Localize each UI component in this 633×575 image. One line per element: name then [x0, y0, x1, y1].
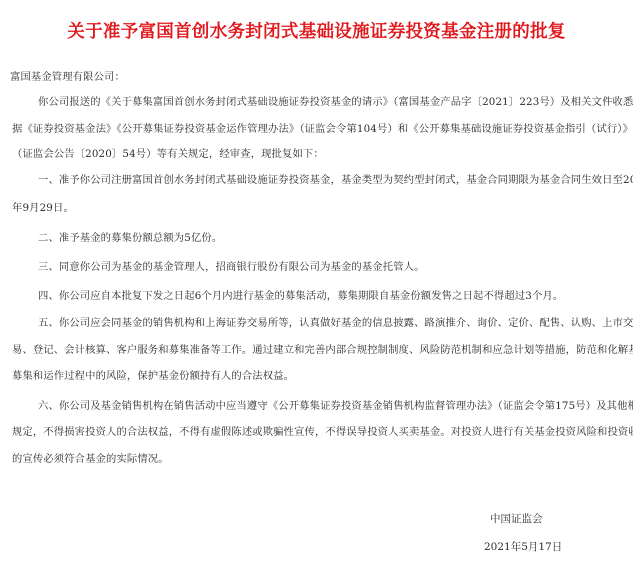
paragraph-line: 二、准予基金的募集份额总额为5亿份。: [38, 231, 222, 245]
paragraph-line: 六、你公司及基金销售机构在销售活动中应当遵守《公开募集证券投资基金销售机构监督管…: [38, 399, 633, 413]
paragraph-line: 一、准予你公司注册富国首创水务封闭式基础设施证券投资基金，基金类型为契约型封闭式…: [38, 173, 633, 187]
issue-date: 2021年5月17日: [484, 539, 562, 554]
paragraph-line: 规定，不得损害投资人的合法权益，不得有虚假陈述或欺骗性宣传，不得误导投资人买卖基…: [12, 425, 633, 439]
addressee: 富国基金管理有限公司：: [10, 70, 125, 84]
paragraph-line: 五、你公司应会同基金的销售机构和上海证券交易所等，认真做好基金的信息披露、路演推…: [38, 316, 633, 330]
paragraph-line: 的宣传必须符合基金的实际情况。: [12, 452, 169, 466]
paragraph-line: 据《证券投资基金法》《公开募集证券投资基金运作管理办法》（证监会令第104号）和…: [12, 122, 633, 136]
document-title: 关于准予富国首创水务封闭式基础设施证券投资基金注册的批复: [0, 18, 633, 43]
paragraph-line: 四、你公司应自本批复下发之日起6个月内进行基金的募集活动，募集期限自基金份额发售…: [38, 289, 563, 303]
issuer-name: 中国证监会: [490, 511, 543, 526]
paragraph-line: 募集和运作过程中的风险，保护基金份额持有人的合法权益。: [12, 369, 294, 383]
paragraph-line: 你公司报送的《关于募集富国首创水务封闭式基础设施证券投资基金的请示》（富国基金产…: [38, 95, 633, 109]
paragraph-line: 年9月29日。: [12, 201, 74, 215]
paragraph-line: （证监会公告〔2020〕54号）等有关规定，经审查，现批复如下：: [12, 147, 324, 161]
paragraph-line: 三、同意你公司为基金的基金管理人，招商银行股份有限公司为基金的基金托管人。: [38, 260, 425, 274]
paragraph-line: 易、登记、会计核算、客户服务和募集准备等工作。通过建立和完善内部合规控制制度、风…: [12, 343, 633, 357]
